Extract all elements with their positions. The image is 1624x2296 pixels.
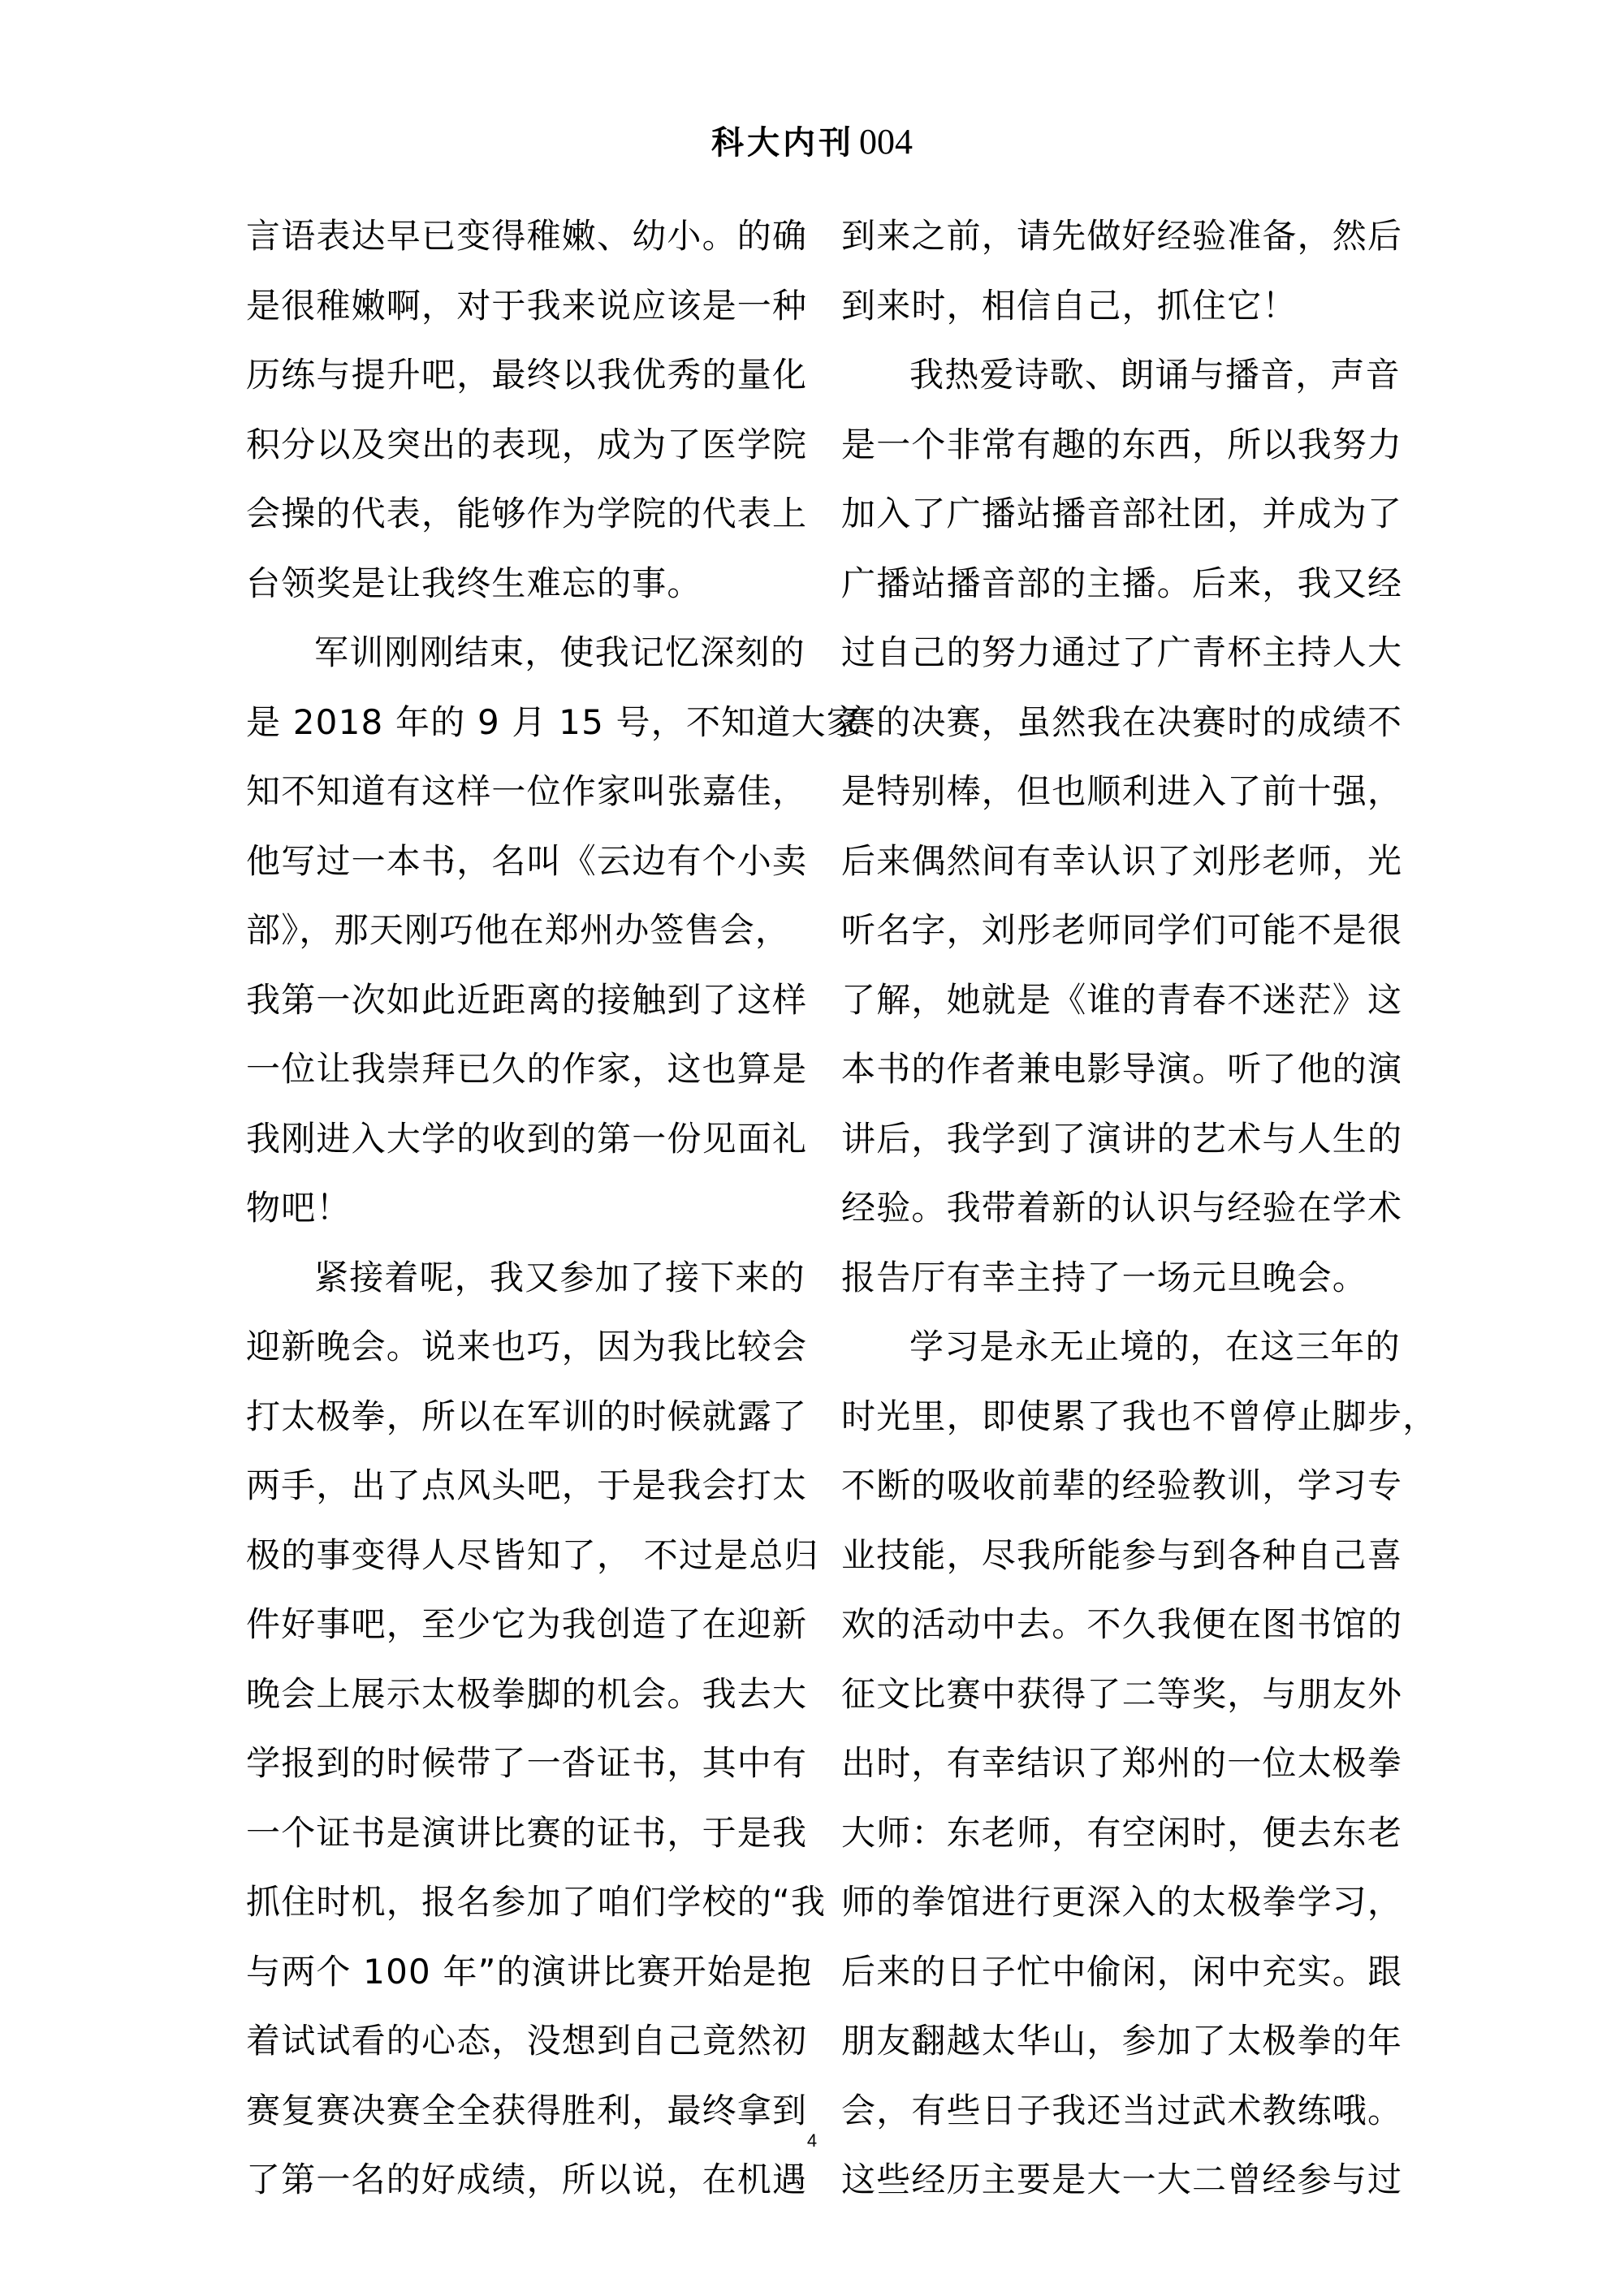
text-line: 时光里，即使累了我也不曾停止脚步， [841, 1382, 1393, 1452]
text-line: 我第一次如此近距离的接触到了这样 [246, 965, 798, 1035]
text-line: 台领奖是让我终生难忘的事。 [246, 549, 798, 619]
text-line: 学习是永无止境的，在这三年的 [841, 1312, 1393, 1382]
text-line: 是 2018 年的 9 月 15 号，不知道大家 [246, 688, 798, 757]
text-line: 本书的作者兼电影导演。听了他的演 [841, 1034, 1393, 1104]
text-line: 听名字，刘彤老师同学们可能不是很 [841, 896, 1393, 965]
text-line: 言语表达早已变得稚嫩、幼小。的确 [246, 201, 798, 271]
text-line: 了解，她就是《谁的青春不迷茫》这 [841, 965, 1393, 1035]
text-line: 经验。我带着新的认识与经验在学术 [841, 1173, 1393, 1243]
text-line: 这些经历主要是大一大二曾经参与过 [841, 2145, 1393, 2215]
text-line: 业技能，尽我所能参与到各种自己喜 [841, 1521, 1393, 1590]
text-line: 物吧！ [246, 1173, 798, 1243]
text-line: 过自己的努力通过了广青杯主持人大 [841, 618, 1393, 688]
text-line: 报告厅有幸主持了一场元旦晚会。 [841, 1243, 1393, 1313]
right-column: 到来之前，请先做好经验准备，然后到来时，相信自己，抓住它！我热爱诗歌、朗诵与播音… [841, 201, 1393, 2215]
text-line: 出时，有幸结识了郑州的一位太极拳 [841, 1728, 1393, 1798]
text-line: 后来偶然间有幸认识了刘彤老师，光 [841, 826, 1393, 896]
text-line: 了第一名的好成绩，所以说，在机遇 [246, 2145, 798, 2215]
text-line: 讲后，我学到了演讲的艺术与人生的 [841, 1104, 1393, 1174]
text-line: 积分以及突出的表现，成为了医学院 [246, 410, 798, 480]
text-line: 我热爱诗歌、朗诵与播音，声音 [841, 340, 1393, 410]
issue-number: 004 [859, 122, 913, 162]
text-line: 我刚进入大学的收到的第一份见面礼 [246, 1104, 798, 1174]
page-number: 4 [0, 2129, 1624, 2153]
text-line: 后来的日子忙中偷闲，闲中充实。跟 [841, 1937, 1393, 2007]
text-line: 打太极拳，所以在军训的时候就露了 [246, 1382, 798, 1452]
text-line: 知不知道有这样一位作家叫张嘉佳， [246, 757, 798, 826]
text-line: 征文比赛中获得了二等奖，与朋友外 [841, 1659, 1393, 1729]
text-line: 是很稚嫩啊，对于我来说应该是一种 [246, 271, 798, 341]
text-line: 学报到的时候带了一沓证书，其中有 [246, 1728, 798, 1798]
text-line: 军训刚刚结束，使我记忆深刻的 [246, 618, 798, 688]
text-line: 会操的代表，能够作为学院的代表上 [246, 479, 798, 549]
text-line: 抓住时机，报名参加了咱们学校的“我 [246, 1867, 798, 1937]
text-line: 是特别棒，但也顺利进入了前十强， [841, 757, 1393, 826]
text-line: 件好事吧，至少它为我创造了在迎新 [246, 1590, 798, 1659]
text-line: 是一个非常有趣的东西，所以我努力 [841, 410, 1393, 480]
text-line: 大师：东老师，有空闲时，便去东老 [841, 1798, 1393, 1868]
text-line: 着试试看的心态，没想到自己竟然初 [246, 2006, 798, 2076]
text-line: 朋友翻越太华山，参加了太极拳的年 [841, 2006, 1393, 2076]
text-line: 紧接着呢，我又参加了接下来的 [246, 1243, 798, 1313]
text-line: 赛的决赛，虽然我在决赛时的成绩不 [841, 688, 1393, 757]
page-header: 科大内刊004 [0, 122, 1624, 163]
text-line: 一位让我崇拜已久的作家，这也算是 [246, 1034, 798, 1104]
text-line: 到来之前，请先做好经验准备，然后 [841, 201, 1393, 271]
text-line: 广播站播音部的主播。后来，我又经 [841, 549, 1393, 619]
text-line: 晚会上展示太极拳脚的机会。我去大 [246, 1659, 798, 1729]
text-line: 欢的活动中去。不久我便在图书馆的 [841, 1590, 1393, 1659]
publication-title: 科大内刊 [711, 123, 854, 162]
text-line: 他写过一本书，名叫《云边有个小卖 [246, 826, 798, 896]
text-line: 与两个 100 年”的演讲比赛开始是抱 [246, 1937, 798, 2007]
left-column: 言语表达早已变得稚嫩、幼小。的确是很稚嫩啊，对于我来说应该是一种历练与提升吧，最… [246, 201, 798, 2215]
text-line: 一个证书是演讲比赛的证书，于是我 [246, 1798, 798, 1868]
text-line: 两手，出了点风头吧，于是我会打太 [246, 1451, 798, 1521]
text-line: 师的拳馆进行更深入的太极拳学习， [841, 1867, 1393, 1937]
text-line: 到来时，相信自己，抓住它！ [841, 271, 1393, 341]
text-line: 迎新晚会。说来也巧，因为我比较会 [246, 1312, 798, 1382]
text-line: 部》，那天刚巧他在郑州办签售会， [246, 896, 798, 965]
text-line: 不断的吸收前辈的经验教训，学习专 [841, 1451, 1393, 1521]
text-line: 极的事变得人尽皆知了， 不过是总归 [246, 1521, 798, 1590]
text-line: 历练与提升吧，最终以我优秀的量化 [246, 340, 798, 410]
text-line: 加入了广播站播音部社团，并成为了 [841, 479, 1393, 549]
